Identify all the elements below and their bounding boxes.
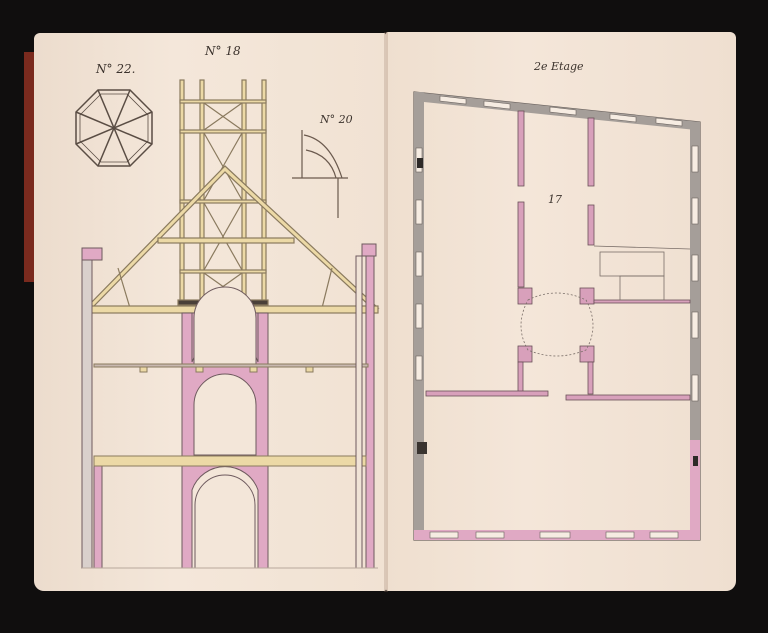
floor-title: 2e Etage	[534, 60, 584, 73]
drawings	[0, 0, 768, 633]
octagon-frame-figure	[76, 90, 152, 166]
figure-18-label: N° 18	[205, 44, 241, 58]
figure-20-label: N° 20	[320, 113, 353, 126]
figure-22-label: N° 22.	[96, 62, 135, 76]
tower-frame	[180, 80, 266, 302]
room-number: 17	[548, 193, 562, 206]
bracket-figure	[292, 130, 348, 218]
floor-plan	[414, 92, 700, 540]
arches	[194, 287, 256, 568]
